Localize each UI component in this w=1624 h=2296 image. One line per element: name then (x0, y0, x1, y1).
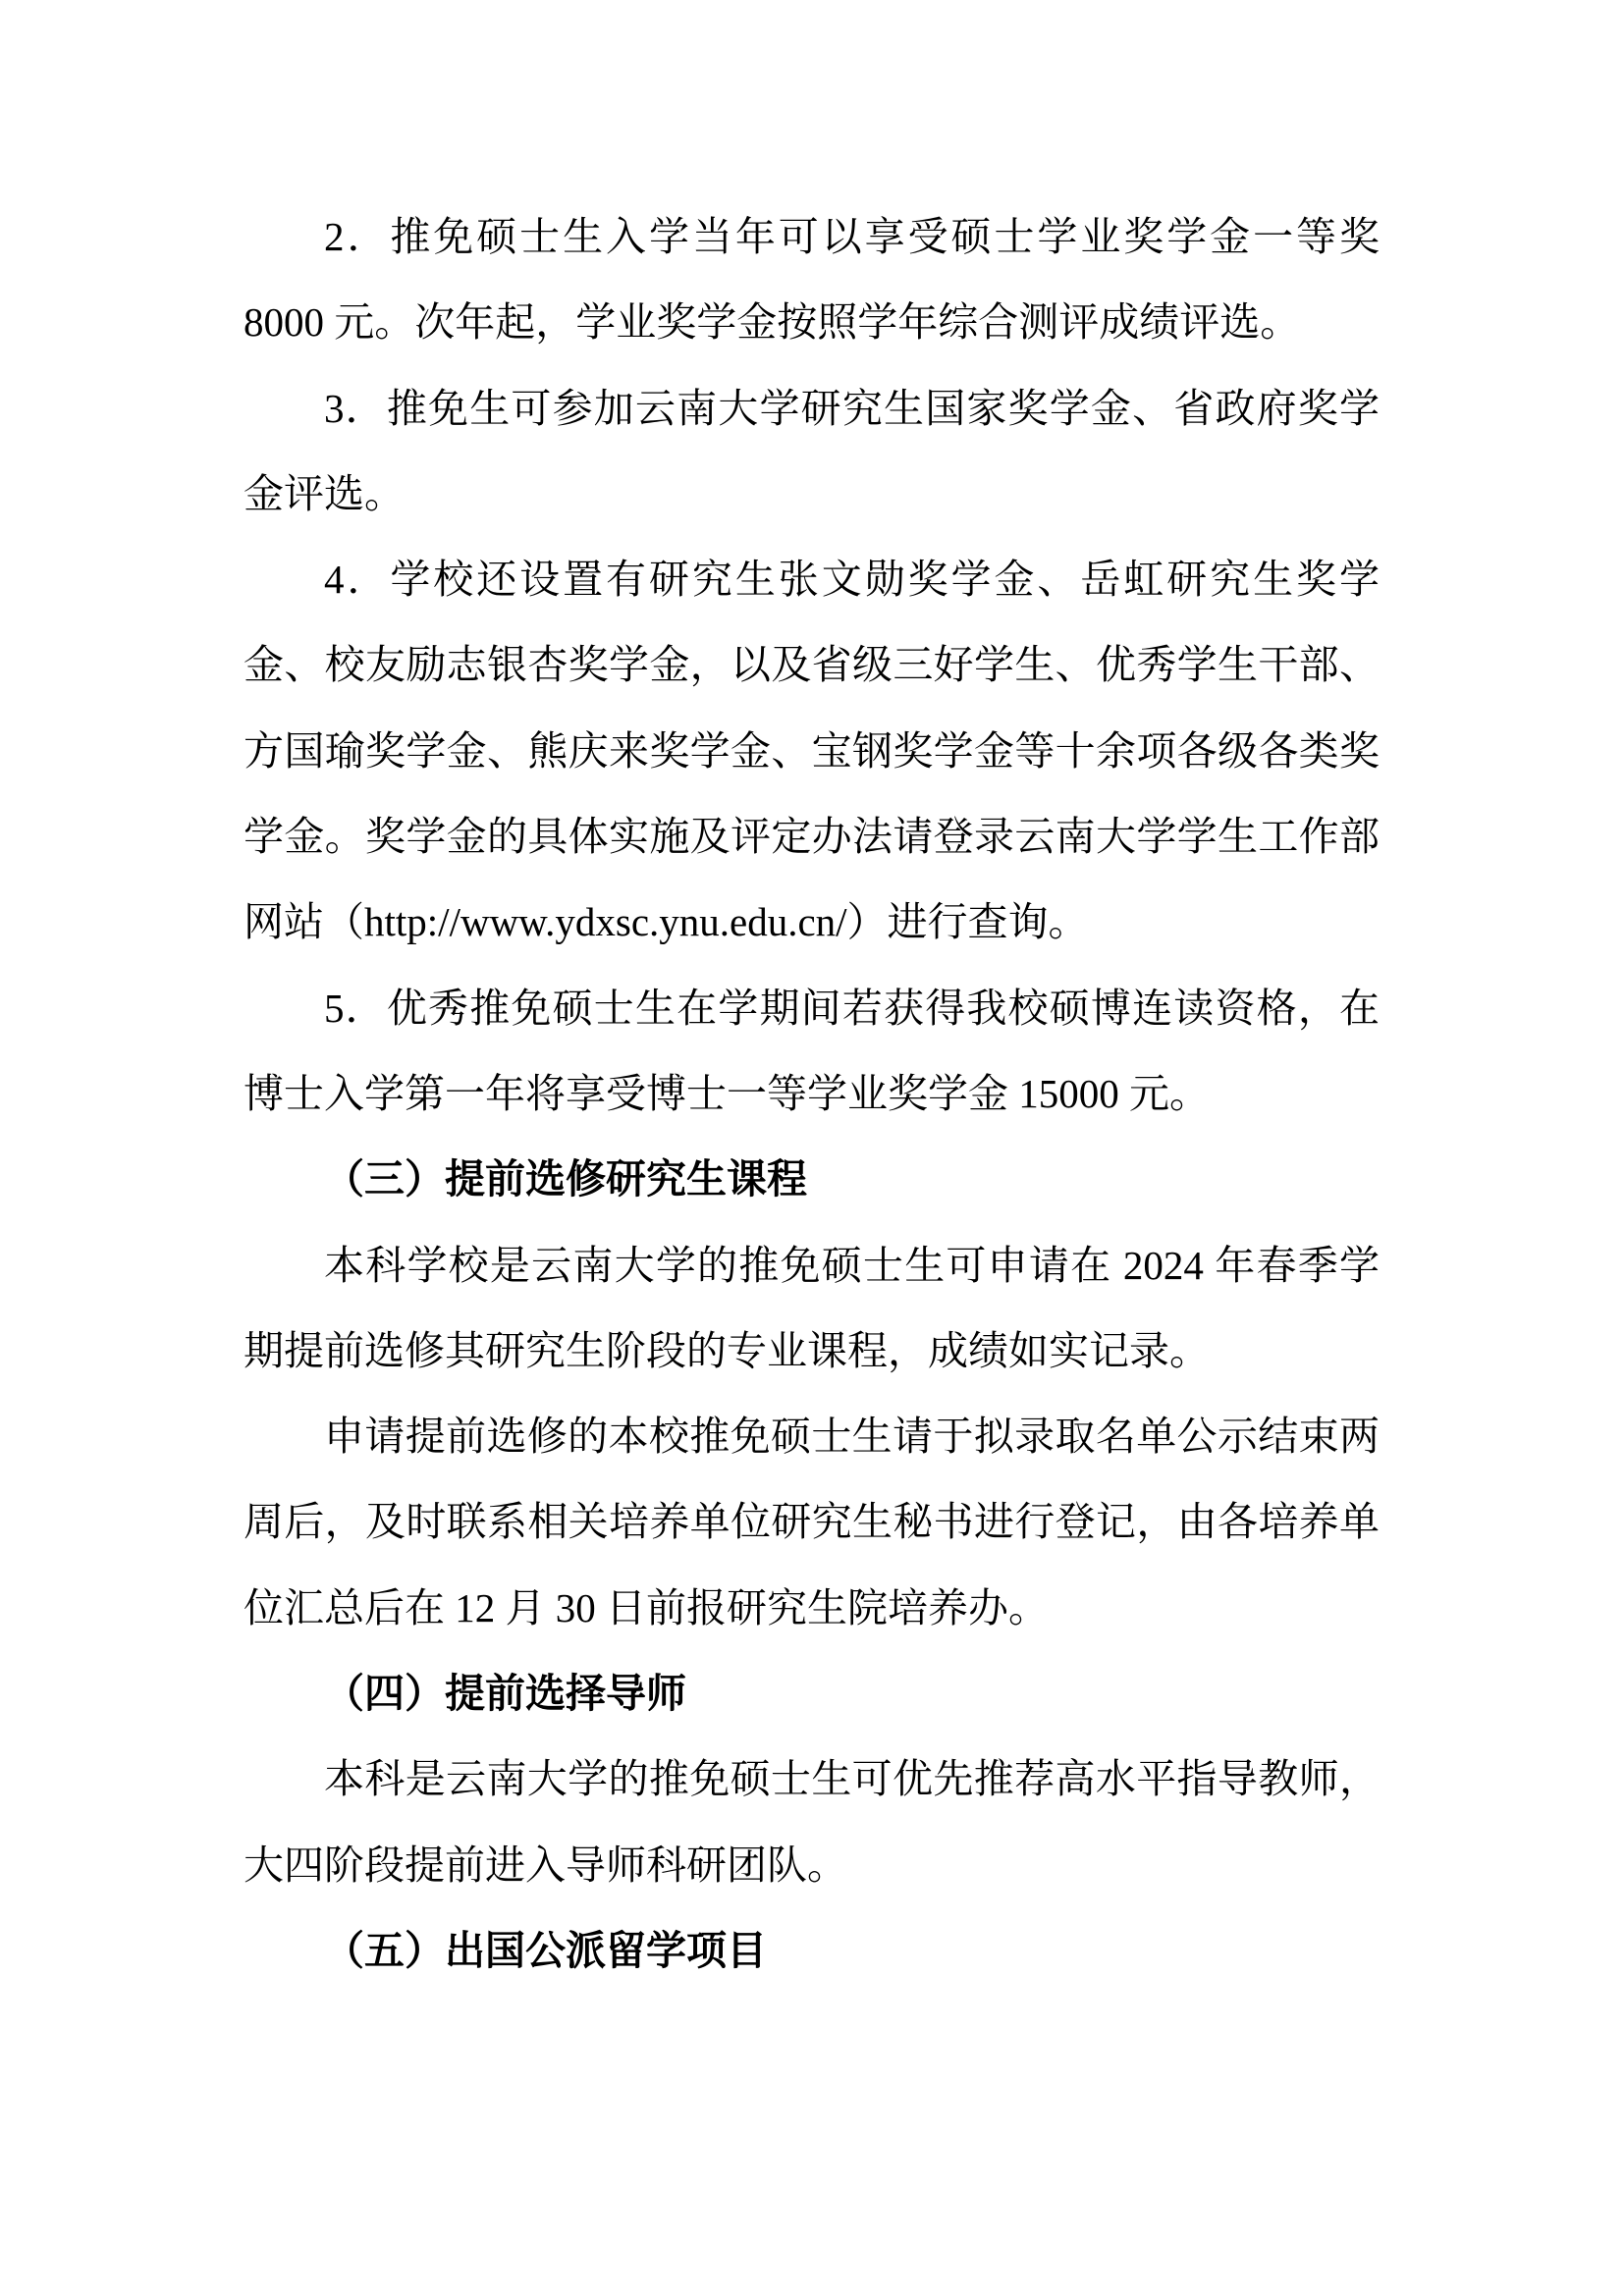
section-heading: （五）出国公派留学项目 (244, 1908, 1380, 1994)
body-paragraph: 4．学校还设置有研究生张文勋奖学金、岳虹研究生奖学金、校友励志银杏奖学金，以及省… (244, 537, 1380, 965)
body-paragraph: 本科学校是云南大学的推免硕士生可申请在 2024 年春季学期提前选修其研究生阶段… (244, 1223, 1380, 1395)
section-heading: （四）提前选择导师 (244, 1651, 1380, 1736)
document-page: 2．推免硕士生入学当年可以享受硕士学业奖学金一等奖 8000 元。次年起，学业奖… (0, 0, 1624, 2296)
body-paragraph: 申请提前选修的本校推免硕士生请于拟录取名单公示结束两周后，及时联系相关培养单位研… (244, 1394, 1380, 1651)
section-heading: （三）提前选修研究生课程 (244, 1137, 1380, 1222)
body-paragraph: 本科是云南大学的推免硕士生可优先推荐高水平指导教师，大四阶段提前进入导师科研团队… (244, 1736, 1380, 1908)
body-paragraph: 5．优秀推免硕士生在学期间若获得我校硕博连读资格，在博士入学第一年将享受博士一等… (244, 966, 1380, 1138)
document-body: 2．推免硕士生入学当年可以享受硕士学业奖学金一等奖 8000 元。次年起，学业奖… (244, 194, 1380, 1994)
body-paragraph: 3．推免生可参加云南大学研究生国家奖学金、省政府奖学金评选。 (244, 366, 1380, 538)
body-paragraph: 2．推免硕士生入学当年可以享受硕士学业奖学金一等奖 8000 元。次年起，学业奖… (244, 194, 1380, 366)
